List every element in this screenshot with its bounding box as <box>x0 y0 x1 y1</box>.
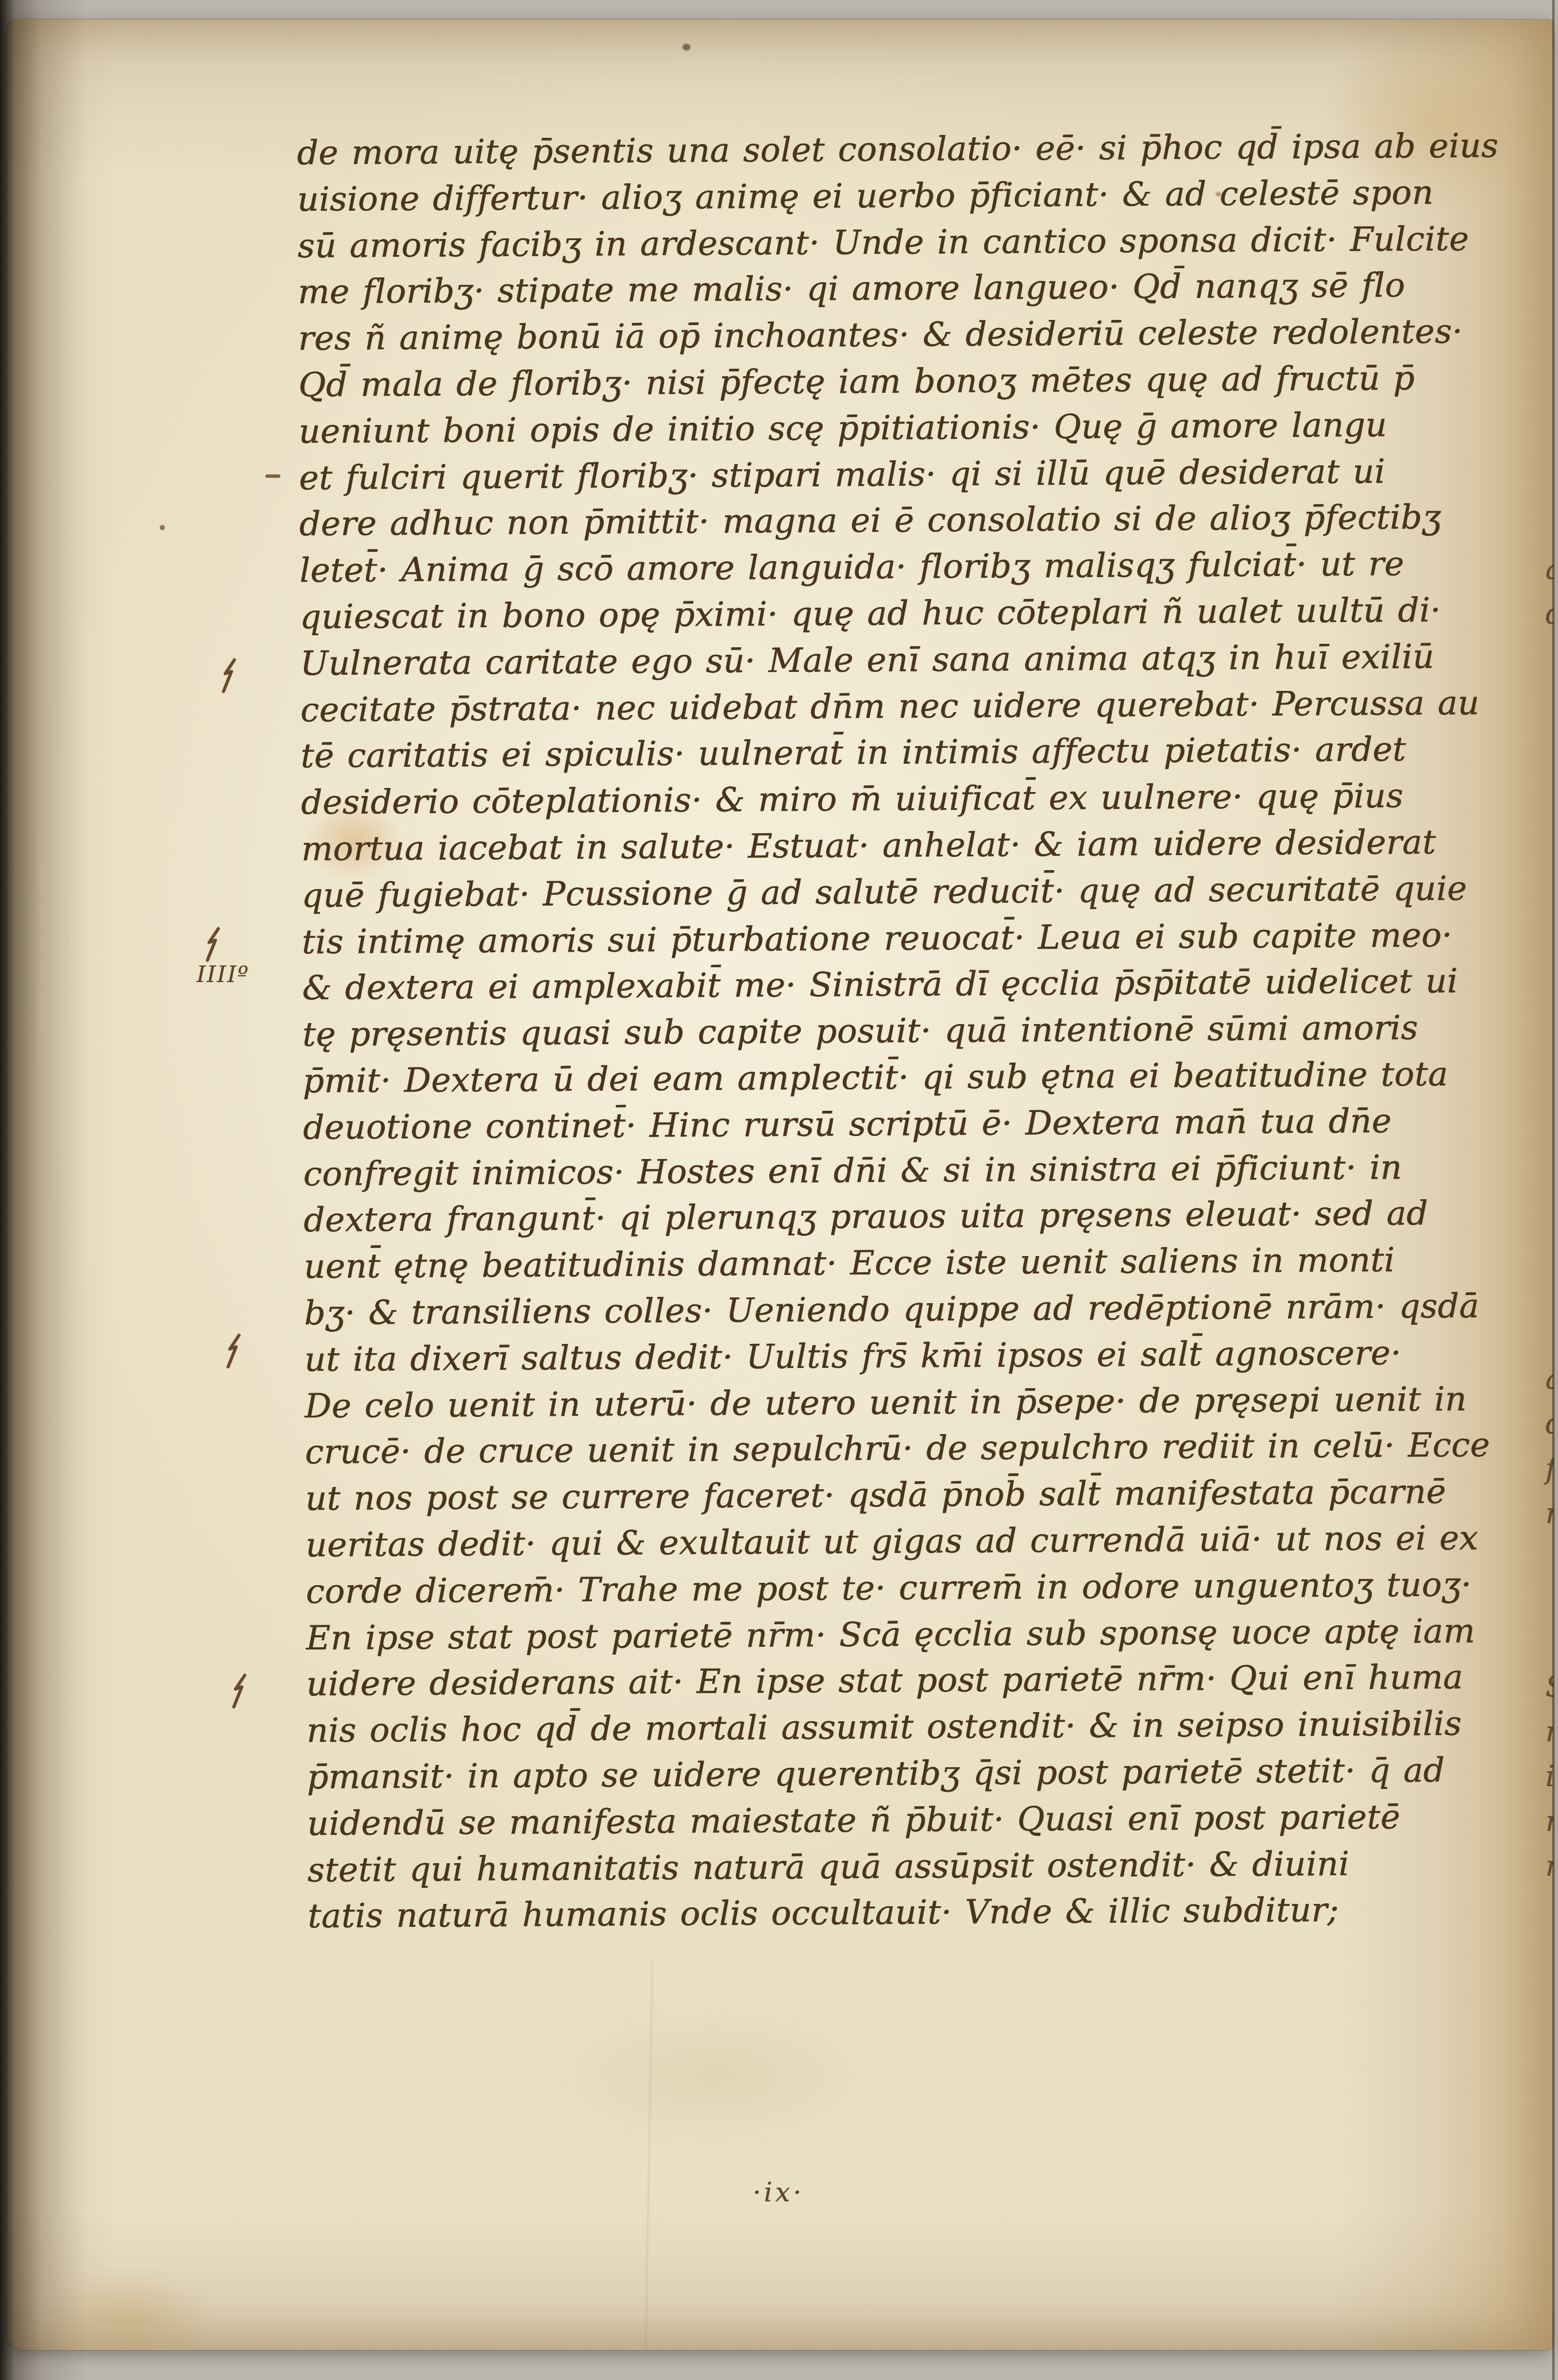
text-line: uidendū se manifesta maiestate ñ p̄buit·… <box>307 1795 1400 1845</box>
text-line: ut nos post se currere faceret· qsdā p̄n… <box>305 1470 1446 1520</box>
edge-text-fragment: n <box>1545 1849 1553 1883</box>
text-line: deuotione continet̄· Hinc rursū scriptū … <box>303 1099 1391 1149</box>
text-line: tę pręsentis quasi sub capite posuit· qu… <box>302 1006 1418 1056</box>
text-line: uisione differtur· alioʒ animę ei uerbo … <box>297 171 1433 221</box>
edge-text-fragment: a <box>1545 552 1553 586</box>
text-line: de mora uitę p̄sentis una solet consolat… <box>297 123 1499 175</box>
text-block: de mora uitę p̄sentis una solet consolat… <box>7 20 1553 2350</box>
text-line: stetit qui humanitatis naturā quā assūps… <box>307 1841 1349 1891</box>
edge-text-fragment: d <box>1545 597 1553 631</box>
text-line: cecitate p̄strata· nec uidebat dn̄m nec … <box>300 681 1480 732</box>
edge-text-fragment: Se <box>1545 1670 1553 1703</box>
text-line: uent̄ ętnę beatitudinis damnat· Ecce ist… <box>304 1238 1395 1289</box>
paragraph-nota-mark <box>221 658 238 696</box>
text-line: quiescat in bono opę p̄ximi· quę ad huc … <box>300 588 1441 639</box>
text-line: letet̄· Anima ḡ scō amore languida· flor… <box>299 542 1404 592</box>
text-line: res ñ animę bonū iā op̄ inchoantes· & de… <box>298 310 1463 360</box>
manuscript-photo: de mora uitę p̄sentis una solet consolat… <box>0 0 1558 2380</box>
text-line: & dextera ei amplexabit̄ me· Sinistrā dī… <box>302 959 1458 1010</box>
paragraph-nota-mark <box>225 1334 242 1371</box>
edge-text-fragment: a <box>1545 1362 1553 1396</box>
edge-text-fragment: n <box>1545 1497 1553 1530</box>
margin-dot <box>160 525 165 530</box>
parchment-page: de mora uitę p̄sentis una solet consolat… <box>7 20 1553 2350</box>
text-line: confregit inimicos· Hostes enī dn̄i & si… <box>303 1145 1402 1196</box>
text-line: dere adhuc non p̄mittit· magna ei ē cons… <box>299 495 1441 546</box>
text-line: bʒ· & transiliens colles· Ueniendo quipp… <box>304 1284 1479 1334</box>
paragraph-nota-mark <box>205 927 222 965</box>
text-line: p̄mit· Dextera ū dei eam amplectit̄· qi … <box>303 1052 1448 1103</box>
folio-number: ·ix· <box>753 2177 804 2208</box>
text-line: desiderio cōteplationis· & miro m̄ uiuif… <box>301 774 1403 824</box>
edge-text-fragment: fe <box>1545 1452 1553 1485</box>
edge-text-fragment: m <box>1545 1715 1553 1748</box>
text-line: crucē· de cruce uenit in sepulchrū· de s… <box>305 1423 1490 1474</box>
text-line: me floribʒ· stipate me malis· qi amore l… <box>298 264 1405 314</box>
text-line: tis intimę amoris sui p̄turbatione reuoc… <box>302 913 1452 963</box>
edge-text-fragment: d <box>1545 1407 1553 1440</box>
text-line: et fulciri querit floribʒ· stipari malis… <box>299 449 1385 500</box>
margin-dash <box>265 474 280 478</box>
text-line: tatis naturā humanis oclis occultauit· V… <box>307 1888 1339 1938</box>
text-line: ueritas dedit· qui & exultauit ut gigas … <box>306 1516 1479 1566</box>
text-line: ueniunt boni opis de initio scę p̄pitiat… <box>299 403 1387 453</box>
text-line: dextera frangunt̄· qi plerunqʒ prauos ui… <box>303 1191 1428 1242</box>
text-line: tē caritatis ei spiculis· uulnerat̄ in i… <box>300 728 1406 778</box>
text-line: mortua iacebat in salute· Estuat· anhela… <box>301 820 1436 871</box>
text-line: p̄mansit· in apto se uidere querentibʒ q… <box>307 1748 1445 1799</box>
paragraph-nota-mark <box>231 1674 248 1711</box>
text-line: quē fugiebat· Pcussione ḡ ad salutē redu… <box>302 866 1467 917</box>
text-line: nis oclis hoc qd̄ de mortali assumit ost… <box>307 1702 1462 1752</box>
text-line: De celo uenit in uterū· de utero uenit i… <box>304 1377 1467 1427</box>
text-line: En ipse stat post parietē nr̄m· Scā ęccl… <box>306 1609 1475 1659</box>
chapter-numeral: IIIIº <box>196 961 249 988</box>
text-line: uidere desiderans ait· En ipse stat post… <box>306 1655 1463 1706</box>
edge-text-fragment: re <box>1545 1805 1553 1838</box>
edge-text-fragment: in <box>1545 1760 1553 1793</box>
text-line: Uulnerata caritate ego sū· Male enī sana… <box>300 635 1434 685</box>
text-line: ut ita dixerī saltus dedit· Uultis frs̄ … <box>304 1331 1402 1381</box>
text-line: Qd̄ mala de floribʒ· nisi p̄fectę iam bo… <box>298 356 1414 407</box>
text-line: sū amoris facibʒ in ardescant· Unde in c… <box>298 217 1469 267</box>
text-line: corde dicerem̄· Trahe me post te· currem… <box>306 1562 1472 1613</box>
